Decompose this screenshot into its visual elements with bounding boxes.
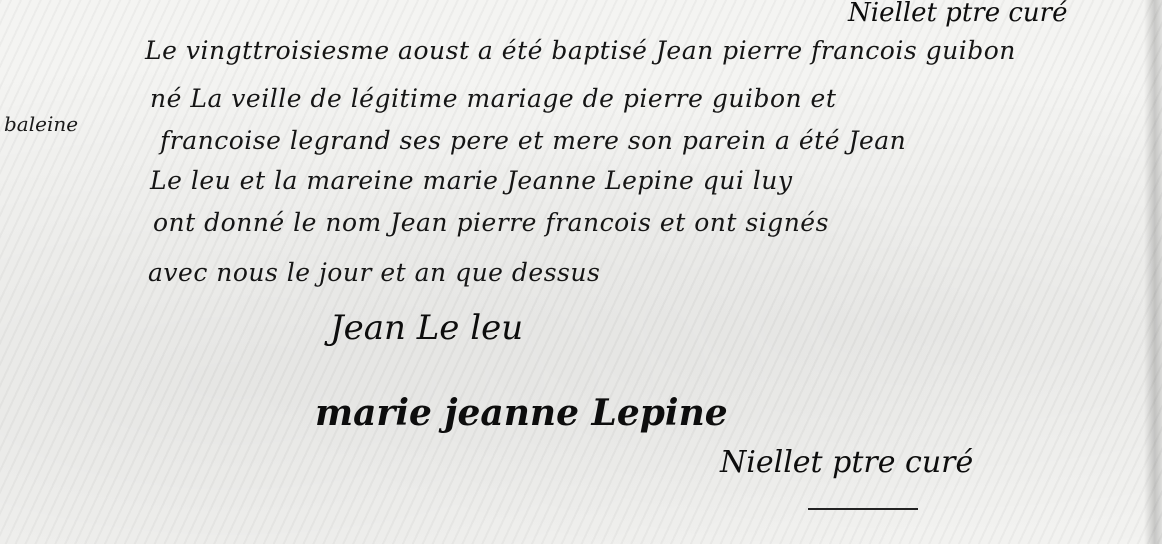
body-line-2: né La veille de légitime mariage de pier… [150, 84, 836, 113]
page-edge-shadow [1144, 0, 1162, 544]
body-line-1: Le vingttroisiesme aoust a été baptisé J… [145, 36, 1016, 65]
body-line-6: avec nous le jour et an que dessus [148, 258, 600, 287]
body-line-3: francoise legrand ses pere et mere son p… [160, 126, 906, 155]
signature-godfather: Jean Le leu [330, 308, 523, 348]
register-page: Niellet ptre curé baleine Le vingttroisi… [0, 0, 1162, 544]
margin-note: baleine [4, 112, 78, 136]
body-line-5: ont donné le nom Jean pierre francois et… [153, 208, 829, 237]
signature-priest: Niellet ptre curé [720, 445, 973, 480]
header-signature: Niellet ptre curé [848, 0, 1067, 28]
bleed-through-text [20, 300, 25, 320]
body-line-4: Le leu et la mareine marie Jeanne Lepine… [150, 166, 792, 195]
signature-underline [808, 508, 918, 510]
signature-godmother: marie jeanne Lepine [315, 392, 728, 434]
